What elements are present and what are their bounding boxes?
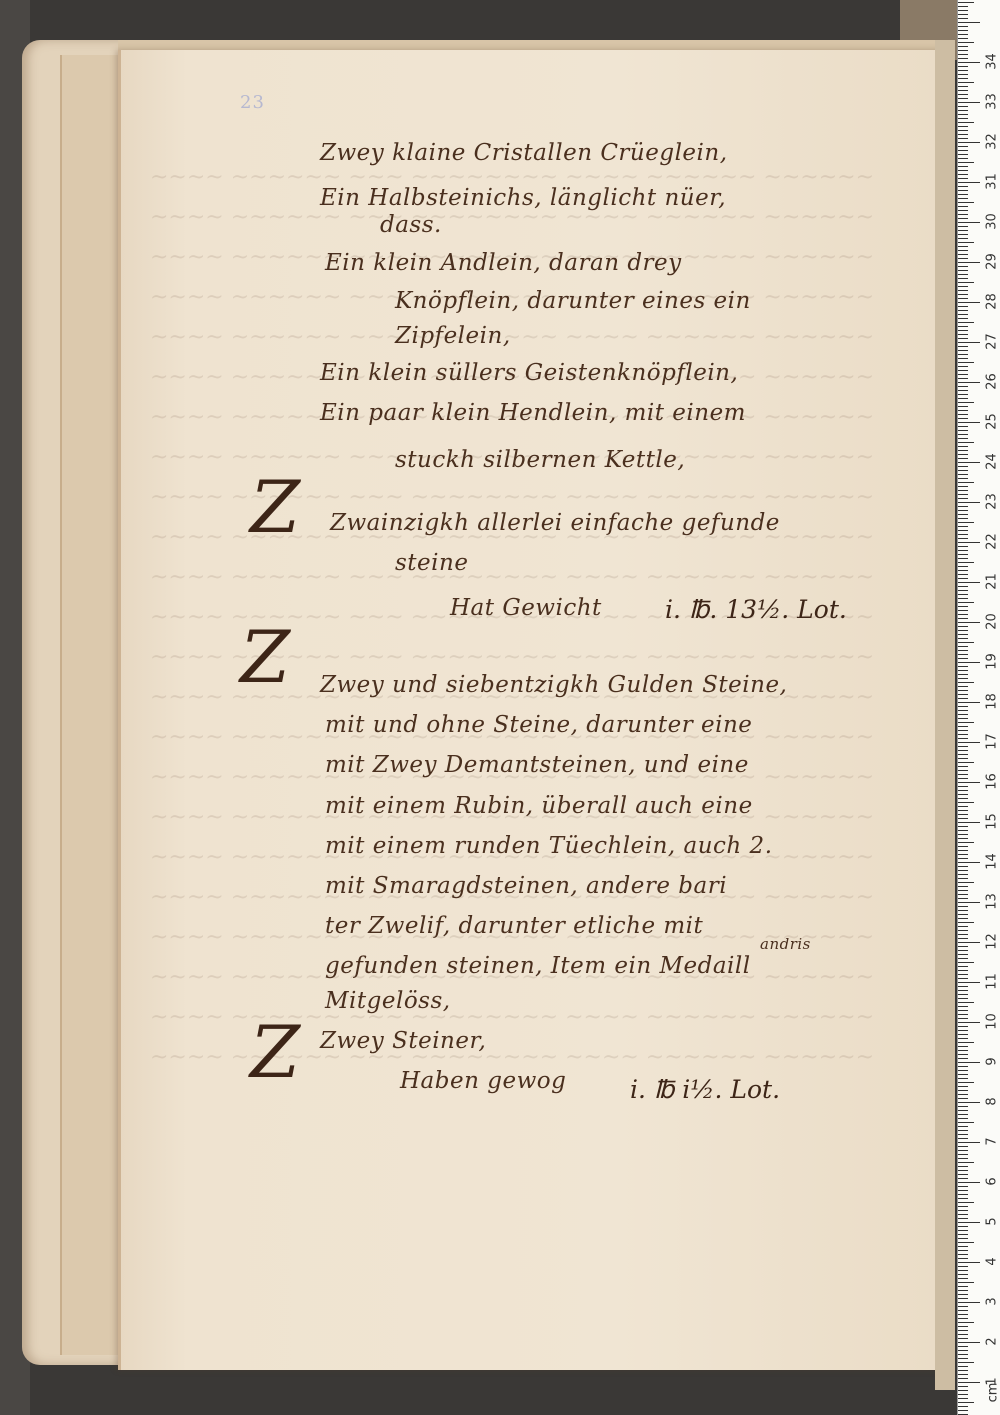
ruler-tick <box>958 278 968 279</box>
ruler-tick <box>958 938 968 939</box>
ruler-tick <box>958 82 974 83</box>
ruler-tick <box>958 130 968 131</box>
ruler-tick <box>958 334 968 335</box>
ruler-label: 13 <box>985 892 1000 912</box>
ruler-tick <box>958 642 974 643</box>
manuscript-line: Zwey klaine Cristallen Crüeglein, <box>320 140 728 166</box>
ruler-tick <box>958 382 980 383</box>
ruler-tick <box>958 410 968 411</box>
ruler-label: 2 <box>985 1332 1000 1352</box>
ruler-tick <box>958 994 968 995</box>
ruler-tick <box>958 1366 968 1367</box>
ruler-tick <box>958 514 968 515</box>
ruler-tick <box>958 1182 980 1183</box>
ruler-tick <box>958 290 968 291</box>
ruler-label: 26 <box>985 372 1000 392</box>
ruler-tick <box>958 842 974 843</box>
ruler-tick <box>958 978 968 979</box>
ruler-tick <box>958 1094 968 1095</box>
ruler-tick <box>958 606 968 607</box>
ruler-tick <box>958 450 968 451</box>
ruler-tick <box>958 1086 968 1087</box>
ruler-tick <box>958 394 968 395</box>
ruler-tick <box>958 690 968 691</box>
ruler-tick <box>958 574 968 575</box>
ruler-tick <box>958 234 968 235</box>
ruler-tick <box>958 1114 968 1115</box>
ruler-tick <box>958 638 968 639</box>
ruler-tick <box>958 190 968 191</box>
ruler-tick <box>958 78 968 79</box>
ruler-tick <box>958 1158 968 1159</box>
manuscript-line: Zwainzigkh allerlei einfache gefunde <box>330 510 780 536</box>
ruler-tick <box>958 1022 980 1023</box>
ruler-tick <box>958 374 968 375</box>
ruler-tick <box>958 302 980 303</box>
ruler-tick <box>958 202 974 203</box>
ruler-tick <box>958 1302 980 1303</box>
ruler-label: 21 <box>985 572 1000 592</box>
manuscript-line: gefunden steinen, Item ein Medaill <box>325 953 751 979</box>
ruler-tick <box>958 1178 968 1179</box>
ruler-tick <box>958 422 980 423</box>
ruler-tick <box>958 238 968 239</box>
ruler-tick <box>958 1102 980 1103</box>
ruler-tick <box>958 546 968 547</box>
ruler-tick <box>958 1170 968 1171</box>
manuscript-line: Ein Halbsteinichs, länglicht nüer, <box>320 185 726 211</box>
ruler-tick <box>958 390 968 391</box>
ruler-tick <box>958 58 968 59</box>
ruler-tick <box>958 894 968 895</box>
ruler-tick <box>958 1150 968 1151</box>
ruler-tick <box>958 1134 968 1135</box>
ruler-tick <box>958 54 968 55</box>
ruler-tick <box>958 46 968 47</box>
ruler-tick <box>958 1138 968 1139</box>
ruler-tick <box>958 242 974 243</box>
ruler-tick <box>958 830 968 831</box>
ruler-tick <box>958 142 980 143</box>
ruler-tick <box>958 1258 968 1259</box>
ruler-tick <box>958 298 968 299</box>
ruler-tick <box>958 166 968 167</box>
ruler-tick <box>958 838 968 839</box>
ruler-tick <box>958 1286 968 1287</box>
ruler-tick <box>958 970 968 971</box>
ruler-tick <box>958 1166 968 1167</box>
ruler-tick <box>958 1006 968 1007</box>
ruler-tick <box>958 1382 980 1383</box>
ruler-label: 3 <box>985 1292 1000 1312</box>
ruler-tick <box>958 562 974 563</box>
interlinear-note: andris <box>760 935 811 953</box>
ruler-tick <box>958 1034 968 1035</box>
ruler-tick <box>958 402 974 403</box>
ruler-tick <box>958 550 968 551</box>
ghost-line: ~~~~ ~~~~~~ ~~~ ~~~~~~~~ ~~~~ ~~~~~~ ~~~… <box>150 325 874 350</box>
ruler-tick <box>958 726 968 727</box>
ruler-tick <box>958 1078 968 1079</box>
ruler-tick <box>958 1294 968 1295</box>
ruler-tick <box>958 674 968 675</box>
ruler-tick <box>958 66 968 67</box>
ruler-label: 23 <box>985 492 1000 512</box>
ruler-tick <box>958 222 980 223</box>
ruler-tick <box>958 966 968 967</box>
ruler-tick <box>958 106 968 107</box>
ruler-tick <box>958 530 968 531</box>
ruler-label: 32 <box>985 132 1000 152</box>
manuscript-line: mit Zwey Demantsteinen, und eine <box>325 752 749 778</box>
ruler-tick <box>958 1326 968 1327</box>
ruler-tick <box>958 10 968 11</box>
ruler-tick <box>958 2 974 3</box>
page-gutter <box>935 40 955 1390</box>
ruler-tick <box>958 1206 968 1207</box>
ruler-tick <box>958 1018 968 1019</box>
ruler-tick <box>958 1350 968 1351</box>
ruler-tick <box>958 930 968 931</box>
ruler-tick <box>958 258 968 259</box>
ruler-tick <box>958 1010 968 1011</box>
ruler-tick <box>958 350 968 351</box>
ruler-label: 29 <box>985 252 1000 272</box>
ruler-tick <box>958 790 968 791</box>
ruler-tick <box>958 926 968 927</box>
ruler-label: 17 <box>985 732 1000 752</box>
ruler-tick <box>958 218 968 219</box>
ruler-tick <box>958 566 968 567</box>
ruler-tick <box>958 502 980 503</box>
ruler-tick <box>958 1230 968 1231</box>
ruler-tick <box>958 442 974 443</box>
decorative-initial: Z <box>250 465 300 549</box>
ruler-tick <box>958 70 968 71</box>
ruler-tick <box>958 1398 968 1399</box>
ruler-tick <box>958 750 968 751</box>
ruler-tick <box>958 954 968 955</box>
ruler-tick <box>958 414 968 415</box>
ruler-tick <box>958 646 968 647</box>
ruler-tick <box>958 1270 968 1271</box>
ruler-tick <box>958 398 968 399</box>
ruler-tick <box>958 1198 968 1199</box>
ruler-tick <box>958 950 968 951</box>
ruler-tick <box>958 1346 968 1347</box>
ruler-tick <box>958 438 968 439</box>
ruler-tick <box>958 114 968 115</box>
ruler-tick <box>958 654 968 655</box>
weight-amount: i. ℔ i½. Lot. <box>630 1075 780 1104</box>
ruler-tick <box>958 306 968 307</box>
ruler-tick <box>958 94 968 95</box>
manuscript-line: dass. <box>380 212 442 238</box>
ruler-tick <box>958 50 968 51</box>
ruler-tick <box>958 262 980 263</box>
folio-number: 23 <box>240 92 265 113</box>
ruler-tick <box>958 698 968 699</box>
ruler-label: 22 <box>985 532 1000 552</box>
ruler-tick <box>958 274 968 275</box>
ruler-tick <box>958 158 968 159</box>
ruler-tick <box>958 250 968 251</box>
ruler-tick <box>958 194 968 195</box>
ruler-tick <box>958 786 968 787</box>
ruler-tick <box>958 610 968 611</box>
ruler-tick <box>958 26 968 27</box>
ruler-tick <box>958 714 968 715</box>
ruler-tick <box>958 206 968 207</box>
ruler-tick <box>958 1278 968 1279</box>
ruler-tick <box>958 186 968 187</box>
ruler-tick <box>958 426 968 427</box>
ruler-tick <box>958 122 974 123</box>
ruler-tick <box>958 774 968 775</box>
ruler-tick <box>958 890 968 891</box>
ruler-tick <box>958 1146 968 1147</box>
ruler-tick <box>958 1370 968 1371</box>
ruler-tick <box>958 998 968 999</box>
ruler-tick <box>958 146 968 147</box>
ruler-label: 1 <box>985 1372 1000 1392</box>
ruler-tick <box>958 826 968 827</box>
ruler-label: 9 <box>985 1052 1000 1072</box>
ruler-tick <box>958 1318 968 1319</box>
ruler-tick <box>958 666 968 667</box>
ruler-tick <box>958 754 968 755</box>
ruler-tick <box>958 886 968 887</box>
ruler-tick <box>958 618 968 619</box>
ruler-tick <box>958 6 968 7</box>
manuscript-line: Zwey Steiner, <box>320 1028 486 1054</box>
ruler-tick <box>958 590 968 591</box>
ruler-tick <box>958 18 968 19</box>
ruler-tick <box>958 1338 968 1339</box>
ruler-tick <box>958 734 968 735</box>
ruler-tick <box>958 126 968 127</box>
ruler-tick <box>958 1390 968 1391</box>
ruler-tick <box>958 834 968 835</box>
ghost-line: ~~~~ ~~~~~~ ~~~ ~~~~~~~~ ~~~~ ~~~~~~ ~~~… <box>150 565 874 590</box>
ruler-tick <box>958 446 968 447</box>
ruler-tick <box>958 1014 968 1015</box>
ruler-tick <box>958 810 968 811</box>
ruler-tick <box>958 1322 974 1323</box>
ruler-tick <box>958 282 974 283</box>
ruler-tick <box>958 558 968 559</box>
ruler-tick <box>958 1070 968 1071</box>
ruler-tick <box>958 418 968 419</box>
ruler-tick <box>958 898 968 899</box>
ruler-tick <box>958 534 968 535</box>
ruler-tick <box>958 1074 968 1075</box>
ruler-label: 12 <box>985 932 1000 952</box>
ruler-tick <box>958 782 980 783</box>
ruler-tick <box>958 294 968 295</box>
ruler-tick <box>958 1190 968 1191</box>
ruler-tick <box>958 1306 968 1307</box>
ruler-tick <box>958 1174 968 1175</box>
ruler-tick <box>958 582 980 583</box>
ruler-tick <box>958 658 968 659</box>
ruler-tick <box>958 882 974 883</box>
manuscript-line: stuckh silbernen Kettle, <box>395 447 685 473</box>
ruler-tick <box>958 1122 974 1123</box>
ruler-tick <box>958 1242 974 1243</box>
ruler-tick <box>958 74 968 75</box>
ruler-label: 10 <box>985 1012 1000 1032</box>
ruler-tick <box>958 1222 980 1223</box>
ruler-tick <box>958 342 980 343</box>
ruler-tick <box>958 602 974 603</box>
ruler-tick <box>958 1342 980 1343</box>
ruler-tick <box>958 846 968 847</box>
ruler-tick <box>958 386 968 387</box>
ruler-tick <box>958 1290 968 1291</box>
ruler-tick <box>958 634 968 635</box>
ruler-tick <box>958 62 980 63</box>
ruler-tick <box>958 662 980 663</box>
ruler-label: 19 <box>985 652 1000 672</box>
ruler-tick <box>958 326 968 327</box>
ruler-tick <box>958 850 968 851</box>
ruler-tick <box>958 594 968 595</box>
ruler-tick <box>958 174 968 175</box>
ruler-label: 18 <box>985 692 1000 712</box>
manuscript-line: Ein klein Andlein, daran drey <box>325 250 682 276</box>
ruler-tick <box>958 230 968 231</box>
ruler-label: 33 <box>985 92 1000 112</box>
ruler-tick <box>958 1154 968 1155</box>
ruler-tick <box>958 482 974 483</box>
ruler-tick <box>958 1110 968 1111</box>
ruler-tick <box>958 870 968 871</box>
ruler-tick <box>958 1142 980 1143</box>
ruler-label: 15 <box>985 812 1000 832</box>
manuscript-line: mit und ohne Steine, darunter eine <box>325 712 752 738</box>
ruler-tick <box>958 198 968 199</box>
ruler-tick <box>958 1406 968 1407</box>
ruler-tick <box>958 1238 968 1239</box>
ruler-label: 7 <box>985 1132 1000 1152</box>
ruler-tick <box>958 694 968 695</box>
ruler-tick <box>958 766 968 767</box>
manuscript-line: mit Smaragdsteinen, andere bari <box>325 873 727 899</box>
measurement-ruler: cm 1234567891011121314151617181920212223… <box>957 0 1000 1415</box>
ruler-tick <box>958 570 968 571</box>
ruler-tick <box>958 1202 974 1203</box>
ruler-tick <box>958 1106 968 1107</box>
ruler-tick <box>958 1042 974 1043</box>
ruler-tick <box>958 34 968 35</box>
ruler-tick <box>958 962 974 963</box>
ruler-tick <box>958 98 968 99</box>
ruler-tick <box>958 814 968 815</box>
ruler-tick <box>958 878 968 879</box>
ruler-tick <box>958 778 968 779</box>
ruler-tick <box>958 310 968 311</box>
ruler-tick <box>958 794 968 795</box>
ruler-tick <box>958 170 968 171</box>
ruler-tick <box>958 498 968 499</box>
ruler-tick <box>958 554 968 555</box>
ruler-tick <box>958 770 968 771</box>
ruler-tick <box>958 474 968 475</box>
ruler-tick <box>958 858 968 859</box>
ruler-tick <box>958 650 968 651</box>
ruler-tick <box>958 934 968 935</box>
ruler-tick <box>958 902 980 903</box>
ruler-tick <box>958 314 968 315</box>
ruler-tick <box>958 710 968 711</box>
ruler-tick <box>958 942 980 943</box>
ruler-label: 25 <box>985 412 1000 432</box>
manuscript-line: Knöpflein, darunter eines ein <box>395 288 751 314</box>
ruler-tick <box>958 90 968 91</box>
ruler-tick <box>958 1054 968 1055</box>
ruler-label: 24 <box>985 452 1000 472</box>
ruler-tick <box>958 466 968 467</box>
ruler-tick <box>958 226 968 227</box>
weight-amount: i. ℔. 13½. Lot. <box>665 595 847 624</box>
ruler-label: 30 <box>985 212 1000 232</box>
ruler-tick <box>958 430 968 431</box>
ruler-tick <box>958 138 968 139</box>
ruler-label: 27 <box>985 332 1000 352</box>
ruler-tick <box>958 862 980 863</box>
ruler-tick <box>958 462 980 463</box>
ruler-tick <box>958 598 968 599</box>
ruler-tick <box>958 670 968 671</box>
ruler-tick <box>958 702 980 703</box>
ruler-tick <box>958 802 974 803</box>
ruler-tick <box>958 1246 968 1247</box>
manuscript-line: Hat Gewicht <box>450 595 602 621</box>
decorative-initial: Z <box>240 615 290 699</box>
ruler-label: 31 <box>985 172 1000 192</box>
ruler-tick <box>958 542 980 543</box>
ruler-tick <box>958 806 968 807</box>
ruler-tick <box>958 246 968 247</box>
ruler-tick <box>958 1226 968 1227</box>
ruler-tick <box>958 178 968 179</box>
ruler-tick <box>958 1194 968 1195</box>
ruler-tick <box>958 1394 968 1395</box>
ruler-label: 4 <box>985 1252 1000 1272</box>
ruler-tick <box>958 370 968 371</box>
ruler-tick <box>958 722 974 723</box>
ruler-tick <box>958 1266 968 1267</box>
ruler-tick <box>958 150 968 151</box>
ruler-tick <box>958 1410 968 1411</box>
ruler-tick <box>958 974 968 975</box>
ruler-tick <box>958 322 974 323</box>
ruler-tick <box>958 798 968 799</box>
manuscript-line: mit einem runden Tüechlein, auch 2. <box>325 833 773 859</box>
ruler-tick <box>958 1186 968 1187</box>
ruler-tick <box>958 434 968 435</box>
ruler-tick <box>958 958 968 959</box>
ruler-tick <box>958 14 968 15</box>
ruler-tick <box>958 1330 968 1331</box>
ruler-tick <box>958 626 968 627</box>
ruler-label: 34 <box>985 52 1000 72</box>
ruler-tick <box>958 914 968 915</box>
ruler-tick <box>958 406 968 407</box>
ruler-tick <box>958 1298 968 1299</box>
ruler-label: 14 <box>985 852 1000 872</box>
